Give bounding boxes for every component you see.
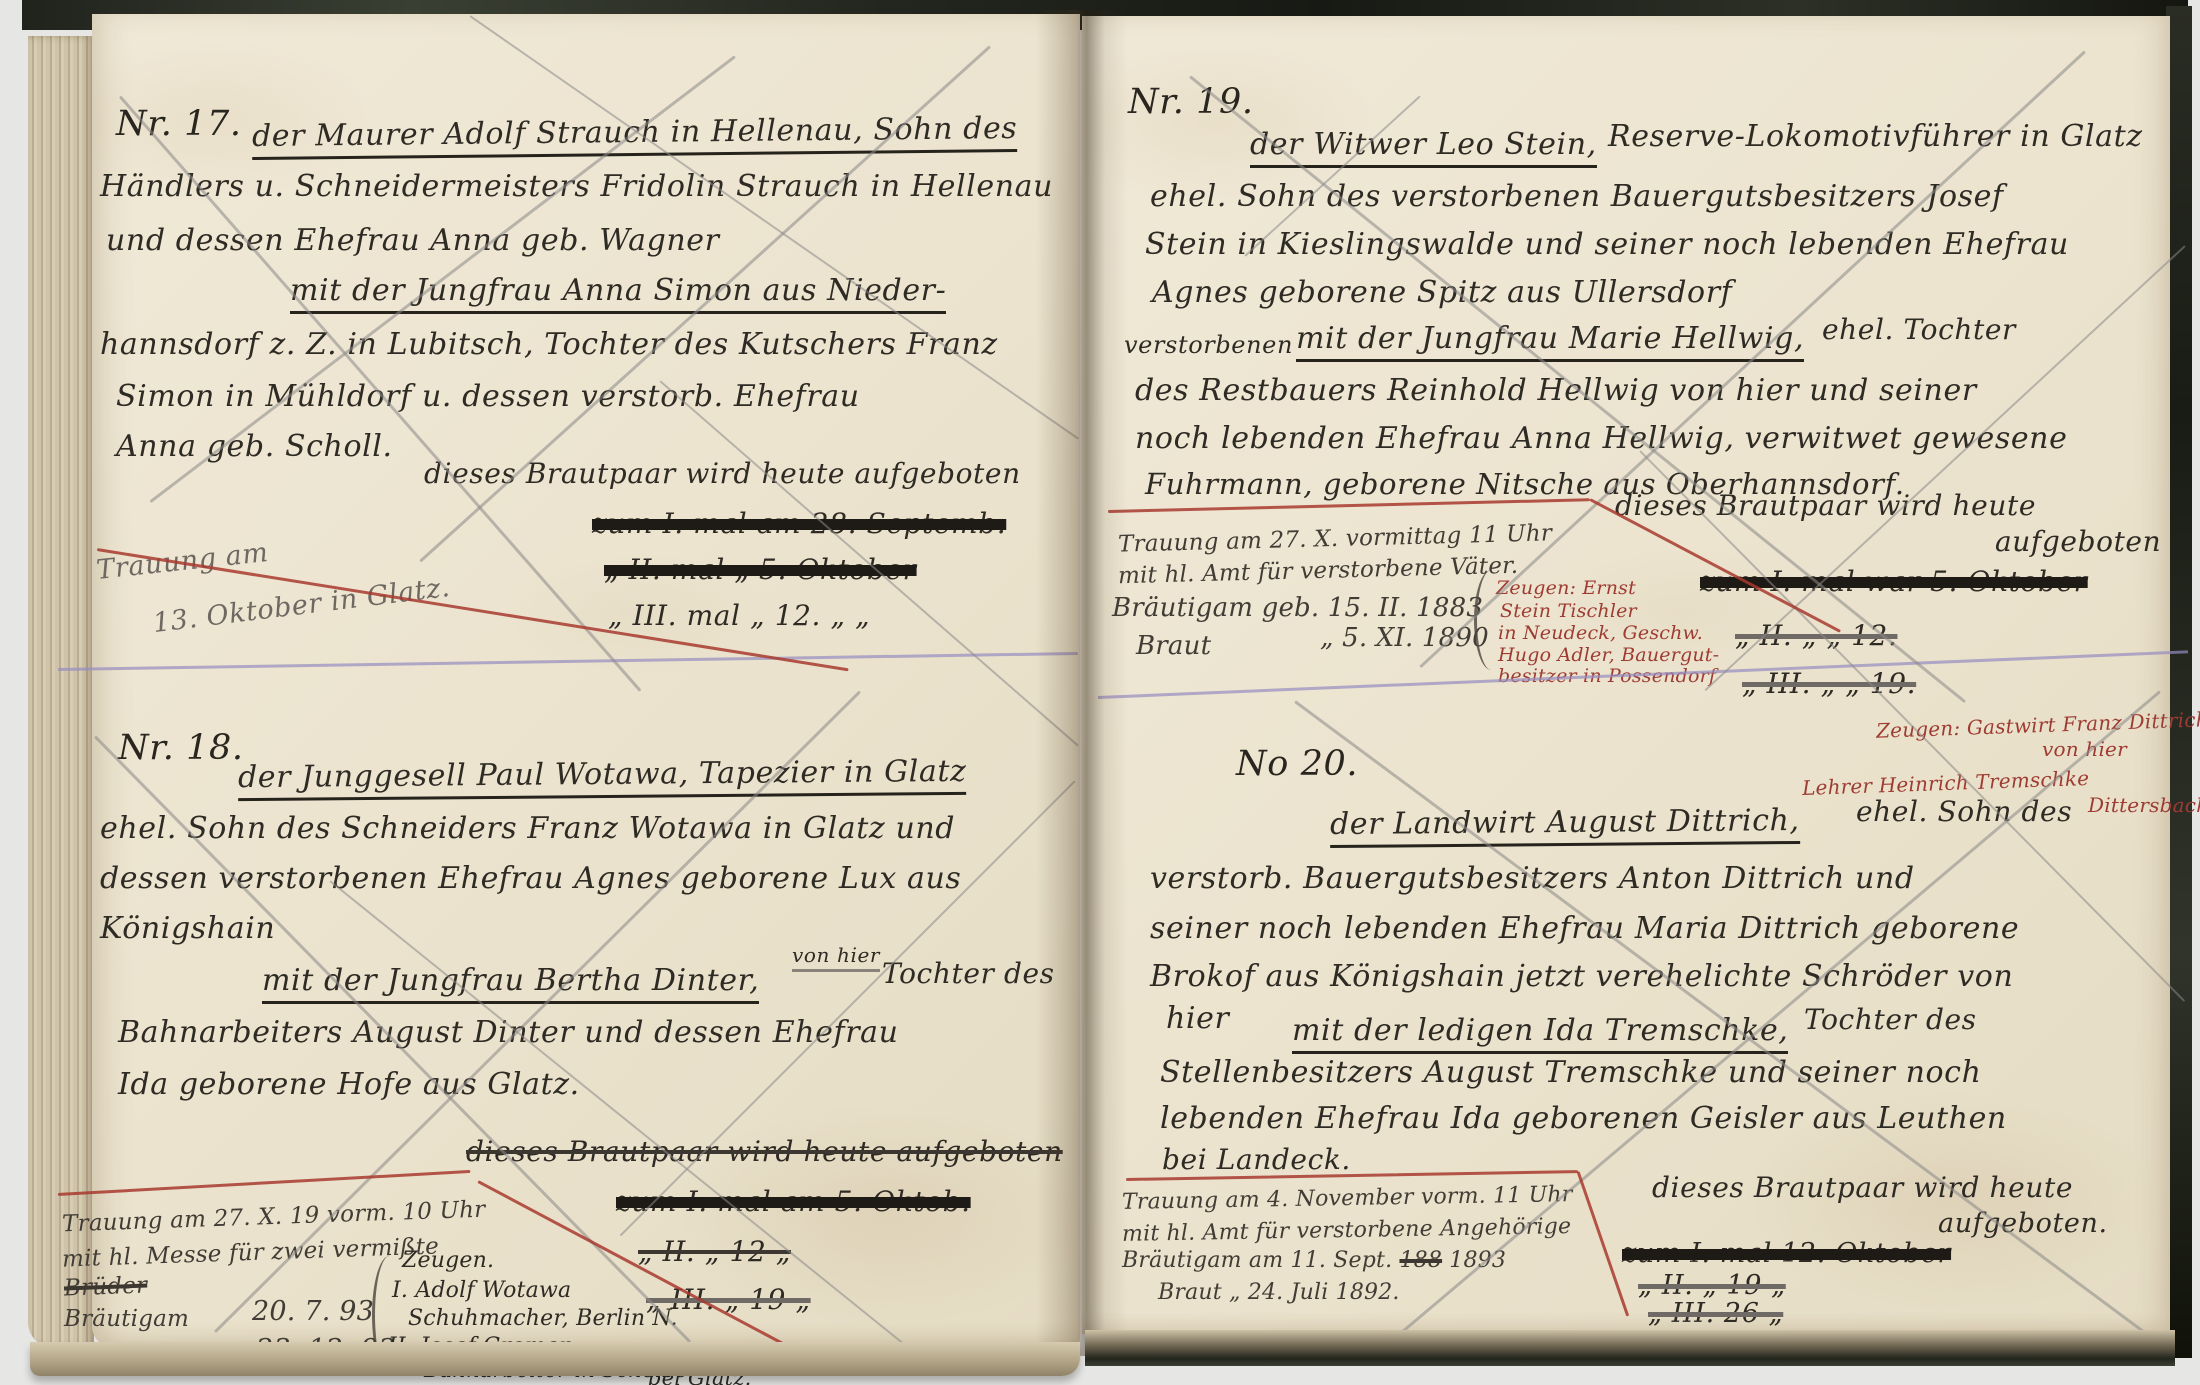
- entry20-line7: Stellenbesitzers August Tremschke und se…: [1160, 1056, 1982, 1091]
- entry19-number: Nr. 19.: [1128, 82, 1254, 122]
- entry18-groom-birthdate: 20. 7. 93: [252, 1296, 374, 1327]
- entry20-line9: bei Landeck.: [1162, 1144, 1351, 1176]
- entry17-bann-3: „ III. mal „ 12. „ „: [608, 600, 870, 632]
- entry20-bann-1: zum I. mal 12. Oktober: [1622, 1238, 1951, 1269]
- entry20-line8: lebenden Ehefrau Ida geborenen Geisler a…: [1160, 1102, 2007, 1137]
- entry20-line4: Brokof aus Königshain jetzt verehelichte…: [1150, 960, 2013, 995]
- entry17-line7: Anna geb. Scholl.: [116, 430, 393, 465]
- entry17-groom-line: der Maurer Adolf Strauch in Hellenau, So…: [252, 112, 1018, 160]
- entry20-groom-rest: ehel. Sohn des: [1856, 796, 2072, 828]
- entry17-number: Nr. 17.: [116, 104, 242, 144]
- entry20-line5: hier: [1166, 1002, 1229, 1037]
- entry20-bride-rest: Tochter des: [1804, 1004, 1977, 1036]
- register-book-scan: Nr. 17. der Maurer Adolf Strauch in Hell…: [0, 0, 2200, 1385]
- entry19-line7: noch lebenden Ehefrau Anna Hellwig, verw…: [1135, 422, 2067, 457]
- entry19-bride-rest: ehel. Tochter: [1822, 314, 2016, 346]
- entry17-line3: und dessen Ehefrau Anna geb. Wagner: [106, 224, 720, 259]
- entry19-proclamation-1: dieses Brautpaar wird heute: [1615, 490, 2036, 522]
- entry18-witness1: I. Adolf Wotawa: [392, 1278, 571, 1303]
- entry17-bann-1: zum I. mal am 28. Septemb.: [592, 508, 1006, 540]
- entry20-margin-red4: Dittersbach: [2088, 794, 2200, 817]
- entry19-line2: ehel. Sohn des verstorbenen Bauergutsbes…: [1150, 180, 2004, 215]
- entry17-line5: hannsdorf z. Z. in Lubitsch, Tochter des…: [100, 328, 998, 363]
- page-stack-left-edge: [28, 36, 94, 1348]
- entry19-groom-line: der Witwer Leo Stein,: [1250, 128, 1597, 168]
- entry19-bride-label: Braut: [1136, 632, 1211, 662]
- entry20-margin-red2: von hier: [2042, 738, 2127, 761]
- entry18-witness1-detail: Schuhmacher, Berlin N.: [408, 1306, 678, 1331]
- entry18-groom-line: der Junggesell Paul Wotawa, Tapezier in …: [238, 755, 967, 801]
- book-bottom-edge-right: [1085, 1330, 2175, 1366]
- entry18-number: Nr. 18.: [118, 728, 244, 768]
- entry19-groom-birthdate: Bräutigam geb. 15. II. 1883: [1112, 594, 1483, 624]
- entry20-proclamation-2: aufgeboten.: [1938, 1208, 2108, 1239]
- entry18-line6: Bahnarbeiters August Dinter und dessen E…: [118, 1016, 899, 1051]
- entry19-witness-red1: Zeugen: Ernst: [1496, 578, 1636, 600]
- entry18-bride-rest: Tochter des: [882, 958, 1055, 990]
- entry20-groom-birthdate: Bräutigam am 11. Sept. 188 1893: [1122, 1248, 1506, 1273]
- entry19-line3: Stein in Kieslingswalde und seiner noch …: [1145, 228, 2069, 263]
- entry19-witness-red4: Hugo Adler, Bauergut-: [1498, 645, 1719, 667]
- entry18-bride-insert: von hier: [792, 944, 880, 972]
- entry18-bann-2: „ II. „ 12 „: [638, 1236, 791, 1268]
- entry17-line6: Simon in Mühldorf u. dessen verstorb. Eh…: [116, 380, 860, 415]
- entry18-proclamation: dieses Brautpaar wird heute aufgeboten: [466, 1136, 1063, 1168]
- entry19-groom-rest: Reserve-Lokomotivführer in Glatz: [1608, 120, 2143, 155]
- entry20-proclamation-1: dieses Brautpaar wird heute: [1652, 1172, 2073, 1204]
- entry18-line7: Ida geborene Hofe aus Glatz.: [118, 1068, 580, 1103]
- entry20-bann-3: „ III. 26 „: [1648, 1298, 1783, 1329]
- entry20-bann-2: „ II. „ 19 „: [1638, 1270, 1786, 1301]
- entry20-groom-line: der Landwirt August Dittrich,: [1330, 804, 1800, 848]
- entry17-bann-2: „ II. mal „ 5. Oktober: [604, 554, 917, 586]
- entry18-line3: dessen verstorbenen Ehefrau Agnes gebore…: [100, 862, 961, 897]
- entry19-bann-3: „ III. „ „ 19.: [1742, 668, 1916, 700]
- entry20-groom-struck-year: 188: [1399, 1248, 1442, 1273]
- entry19-witness-red3: in Neudeck, Geschw.: [1498, 623, 1703, 645]
- entry20-bride-line: mit der ledigen Ida Tremschke,: [1292, 1014, 1788, 1054]
- entry20-bride-birthdate: Braut „ 24. Juli 1892.: [1158, 1280, 1400, 1305]
- entry19-line6: des Restbauers Reinhold Hellwig von hier…: [1135, 374, 1977, 409]
- entry19-proclamation-2: aufgeboten: [1995, 526, 2161, 558]
- entry18-line2: ehel. Sohn des Schneiders Franz Wotawa i…: [100, 812, 955, 847]
- page-stack-bottom-left: [30, 1342, 1080, 1376]
- entry19-insert-word: verstorbenen: [1124, 332, 1293, 360]
- entry19-witness-red2: Stein Tischler: [1500, 601, 1637, 623]
- entry18-bann-1: zum I. mal am 5. Oktob.: [616, 1186, 971, 1218]
- entry20-number: No 20.: [1236, 744, 1358, 784]
- entry18-line4: Königshain: [100, 912, 275, 947]
- entry18-mass-note-struck: Brüder: [64, 1273, 148, 1302]
- entry18-groom-label: Bräutigam: [64, 1306, 189, 1332]
- entry20-groom-prefix: Bräutigam am 11. Sept.: [1122, 1248, 1392, 1273]
- entry18-witnesses-heading: Zeugen.: [402, 1248, 494, 1273]
- entry19-bride-line: mit der Jungfrau Marie Hellwig,: [1296, 322, 1804, 362]
